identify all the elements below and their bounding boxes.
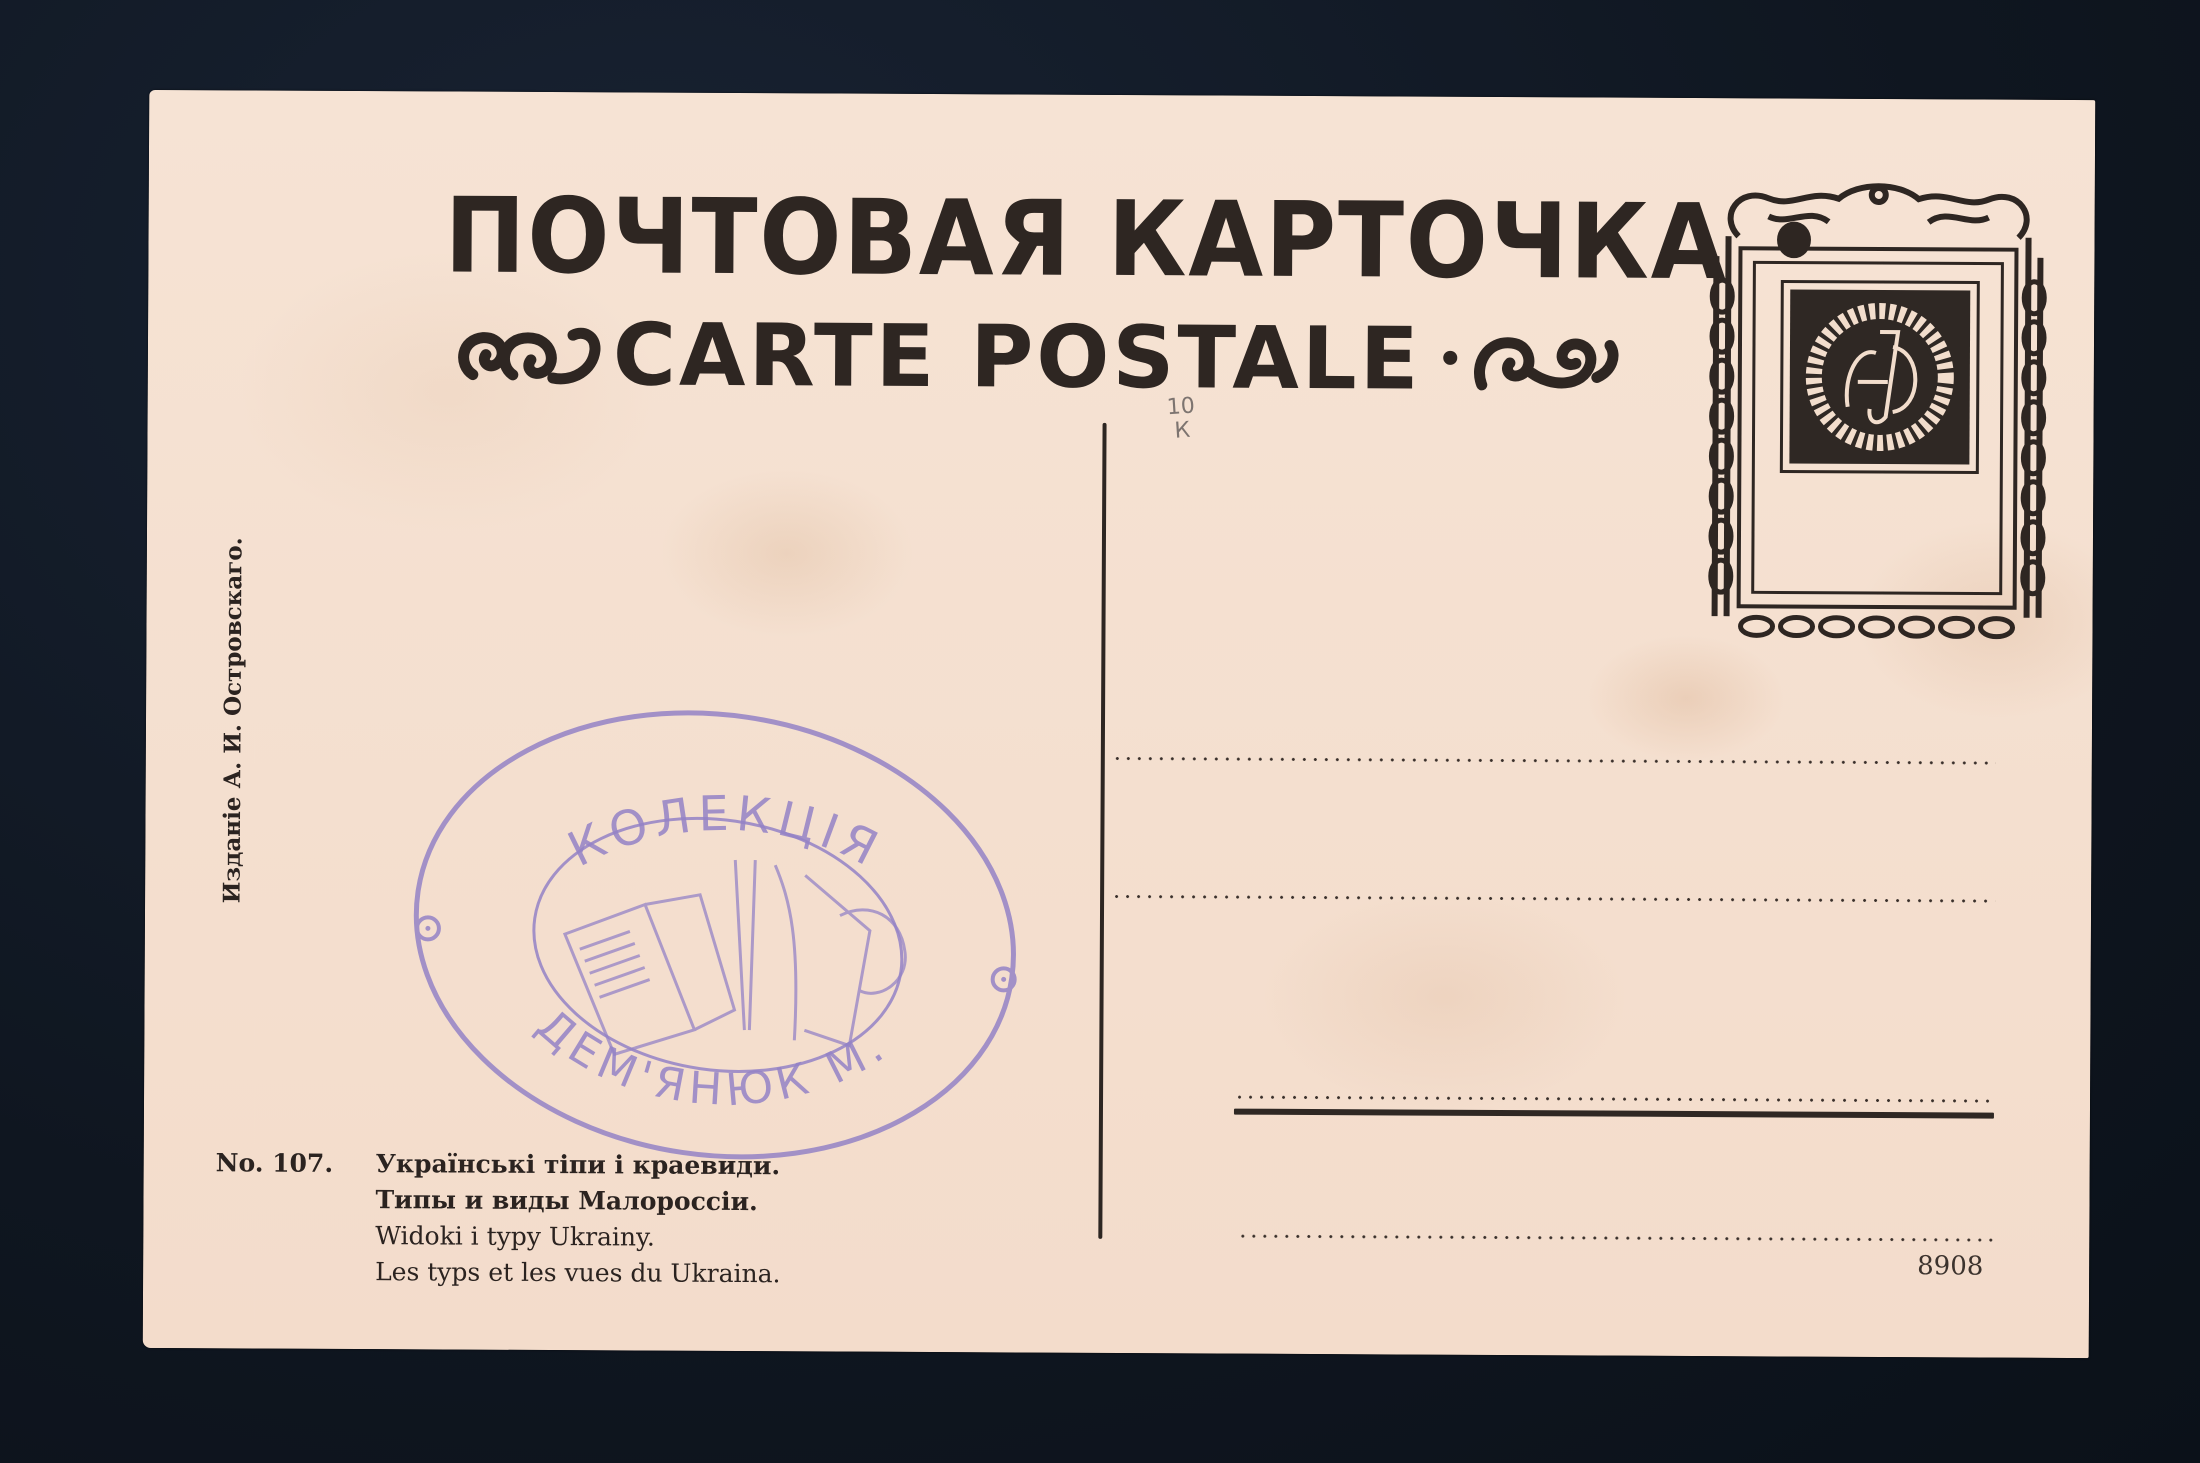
svg-text:КОЛЕКЦIЯ: КОЛЕКЦIЯ — [559, 785, 891, 880]
address-line-4 — [1237, 1235, 1993, 1242]
address-underline — [1234, 1109, 1994, 1119]
pencil-price-note: 10 К — [1166, 394, 1197, 444]
heading-french-dot: • — [1437, 339, 1466, 379]
publisher-text: Изданiе А. И. Островскаго. — [219, 537, 248, 903]
postage-stamp-box — [1696, 176, 2059, 658]
collection-stamp: КОЛЕКЦIЯ ДЕМ'ЯНЮК М. — [399, 698, 1031, 1171]
publisher-imprint: Изданiе А. И. Островскаго. — [217, 485, 249, 955]
caption-ukrainian: Українськi тiпи i краевиди. — [376, 1146, 782, 1184]
caption-polish: Widoki i typy Ukrainy. — [375, 1218, 781, 1256]
right-swirl-ornament-icon — [1472, 324, 1622, 395]
address-line-3 — [1234, 1096, 1994, 1103]
address-line-1 — [1112, 757, 1996, 765]
vertical-divider-line — [1098, 423, 1106, 1239]
postcard: ПОЧТОВАЯ КАРТОЧКА • CARTE POSTALE • — [143, 90, 2096, 1358]
oval-collection-stamp-icon: КОЛЕКЦIЯ ДЕМ'ЯНЮК М. — [399, 698, 1031, 1171]
heading-french-row: CARTE POSTALE • — [453, 317, 1623, 398]
address-line-2 — [1111, 895, 1995, 903]
left-swirl-ornament-icon — [453, 319, 603, 390]
ornate-frame-icon — [1696, 176, 2059, 658]
caption-russian: Типы и виды Малороссiи. — [375, 1182, 781, 1220]
stamp-bottom-text: ДЕМ'ЯНЮК М. — [527, 999, 898, 1117]
pencil-note-number: 10 — [1166, 394, 1196, 420]
pencil-note-letter: К — [1168, 419, 1198, 445]
heading-russian-text: ПОЧТОВАЯ КАРТОЧКА — [444, 174, 1728, 303]
heading-russian: ПОЧТОВАЯ КАРТОЧКА • — [444, 183, 1827, 294]
svg-text:ДЕМ'ЯНЮК М.: ДЕМ'ЯНЮК М. — [527, 999, 898, 1117]
book-and-quill-icon — [564, 859, 906, 1056]
stamp-top-text: КОЛЕКЦIЯ — [559, 785, 891, 880]
serial-number: 8908 — [1917, 1251, 1983, 1281]
card-number: No. 107. — [216, 1145, 334, 1182]
heading-french-text: CARTE POSTALE — [613, 312, 1422, 402]
caption-french: Les typs et les vues du Ukraina. — [375, 1254, 781, 1292]
